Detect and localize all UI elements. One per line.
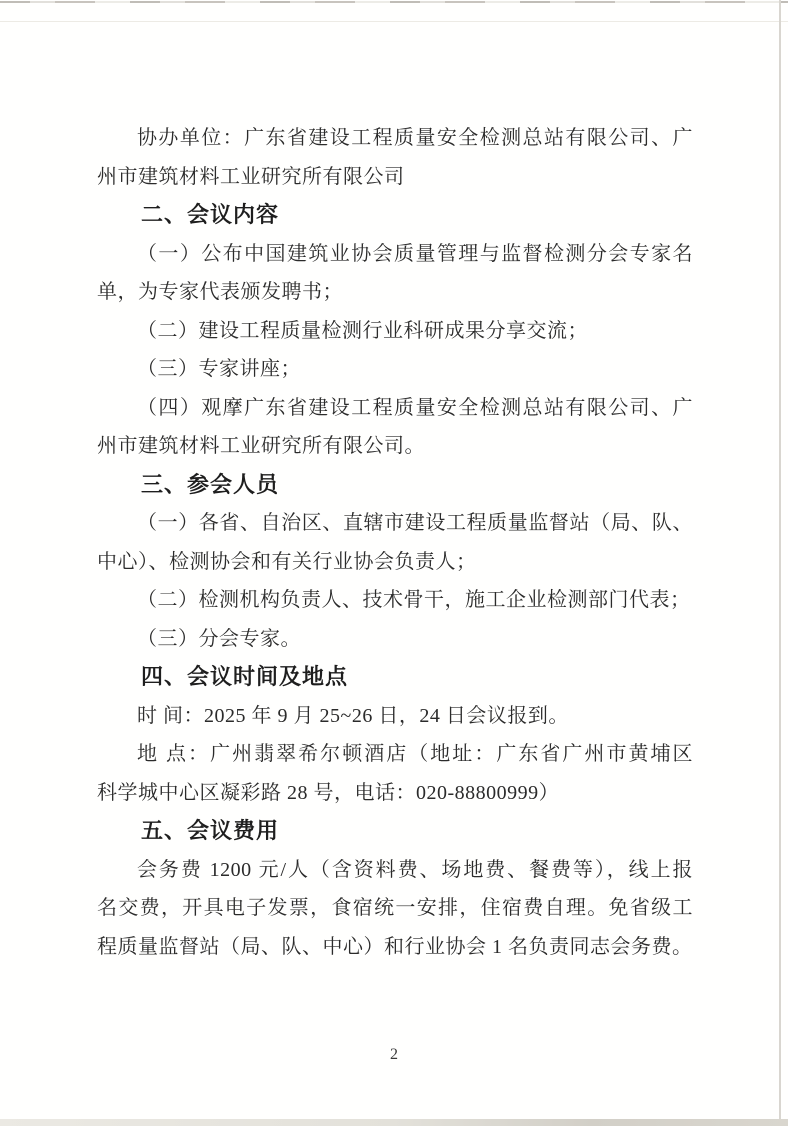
paragraph-line: 单，为专家代表颁发聘书； <box>97 273 693 312</box>
paragraph-line: （三）分会专家。 <box>97 620 693 659</box>
paragraph-line: 名交费，开具电子发票，食宿统一安排，住宿费自理。免省级工 <box>97 889 693 928</box>
paragraph-line: （四）观摩广东省建设工程质量安全检测总站有限公司、广 <box>97 389 693 428</box>
paragraph-line: 程质量监督站（局、队、中心）和行业协会 1 名负责同志会务费。 <box>97 928 693 967</box>
scan-bottom-edge-artifact <box>0 1119 788 1126</box>
scan-right-edge-artifact <box>779 0 781 1126</box>
paragraph-line: （一）公布中国建筑业协会质量管理与监督检测分会专家名 <box>97 235 693 274</box>
paragraph-line: （二）建设工程质量检测行业科研成果分享交流； <box>97 312 693 351</box>
page-number: 2 <box>0 1046 788 1064</box>
paragraph-line: 时 间：2025 年 9 月 25~26 日，24 日会议报到。 <box>97 697 693 736</box>
section-heading: 五、会议费用 <box>97 812 693 851</box>
scan-top-edge-artifact <box>0 1 788 3</box>
paragraph-line: （一）各省、自治区、直辖市建设工程质量监督站（局、队、 <box>97 504 693 543</box>
paragraph-line: 协办单位：广东省建设工程质量安全检测总站有限公司、广 <box>97 119 693 158</box>
paragraph-line: （三）专家讲座； <box>97 350 693 389</box>
paragraph-line: 会务费 1200 元/人（含资料费、场地费、餐费等），线上报 <box>97 851 693 890</box>
paragraph-line: 州市建筑材料工业研究所有限公司。 <box>97 427 693 466</box>
paragraph-line: （二）检测机构负责人、技术骨干，施工企业检测部门代表； <box>97 581 693 620</box>
section-heading: 三、参会人员 <box>97 466 693 505</box>
paragraph-line: 州市建筑材料工业研究所有限公司 <box>97 158 693 197</box>
paragraph-line: 科学城中心区凝彩路 28 号，电话：020-88800999） <box>97 774 693 813</box>
paragraph-line: 中心）、检测协会和有关行业协会负责人； <box>97 543 693 582</box>
section-heading: 二、会议内容 <box>97 196 693 235</box>
document-body: 协办单位：广东省建设工程质量安全检测总站有限公司、广州市建筑材料工业研究所有限公… <box>97 119 693 966</box>
section-heading: 四、会议时间及地点 <box>97 658 693 697</box>
scan-top-edge-faint-line <box>0 21 788 22</box>
scanned-document-page: 协办单位：广东省建设工程质量安全检测总站有限公司、广州市建筑材料工业研究所有限公… <box>0 0 788 1126</box>
paragraph-line: 地 点：广州翡翠希尔顿酒店（地址：广东省广州市黄埔区 <box>97 735 693 774</box>
